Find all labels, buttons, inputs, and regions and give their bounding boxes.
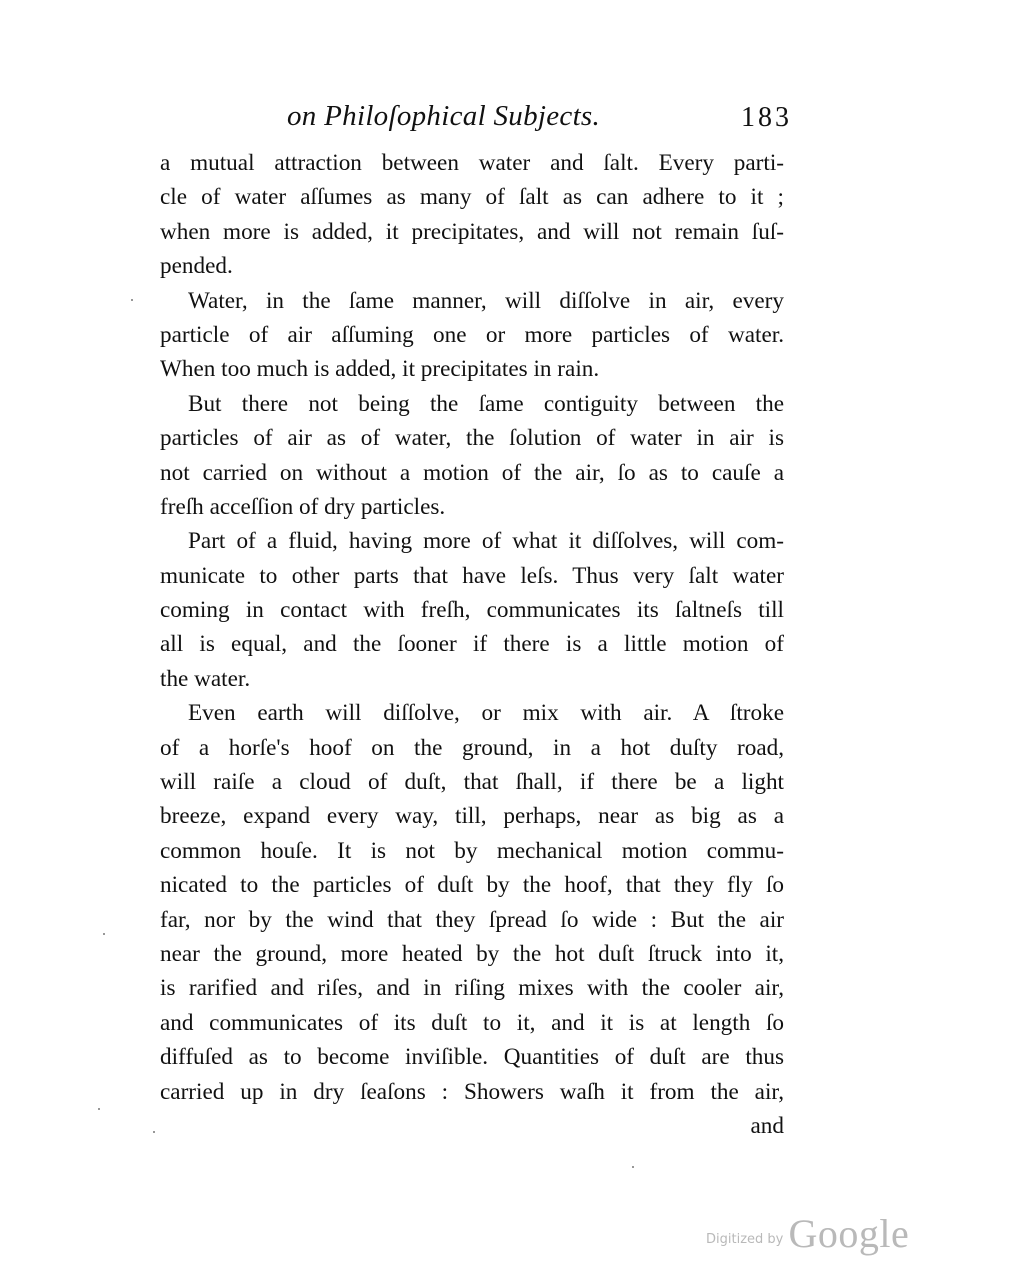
text-line: near the ground, more heated by the hot … — [160, 937, 784, 971]
paragraph: Even earth will diſſolve, or mix with ai… — [160, 696, 784, 1109]
text-line: cle of water aſſumes as many of ſalt as … — [160, 180, 784, 214]
text-line: when more is added, it precipitates, and… — [160, 215, 784, 249]
text-line: carried up in dry ſeaſons : Showers waſh… — [160, 1075, 784, 1109]
text-line: common houſe. It is not by mechanical mo… — [160, 834, 784, 868]
text-line: the water. — [160, 662, 784, 696]
digitized-by-google-watermark: Digitized by Google — [706, 1210, 909, 1257]
paragraph: But there not being the ſame contiguity … — [160, 387, 784, 525]
text-line: and communicates of its duſt to it, and … — [160, 1006, 784, 1040]
running-title: on Philoſophical Subjects. — [287, 100, 600, 133]
text-line: is rarified and riſes, and in riſing mix… — [160, 971, 784, 1005]
running-head: on Philoſophical Subjects. 183 — [160, 100, 790, 140]
text-line: Even earth will diſſolve, or mix with ai… — [160, 696, 784, 730]
text-line: of a horſe's hoof on the ground, in a ho… — [160, 731, 784, 765]
text-line: But there not being the ſame contiguity … — [160, 387, 784, 421]
scan-speck — [103, 933, 105, 935]
text-line: all is equal, and the ſooner if there is… — [160, 627, 784, 661]
text-line: particles of air as of water, the ſoluti… — [160, 421, 784, 455]
text-line: a mutual attraction between water and ſa… — [160, 146, 784, 180]
watermark-prefix: Digitized by — [706, 1232, 783, 1247]
scan-speck — [632, 1166, 634, 1168]
text-line: nicated to the particles of duſt by the … — [160, 868, 784, 902]
scan-speck — [98, 1108, 100, 1110]
book-page: on Philoſophical Subjects. 183 a mutual … — [0, 0, 1014, 1282]
text-line: Part of a fluid, having more of what it … — [160, 524, 784, 558]
body-text: a mutual attraction between water and ſa… — [160, 146, 784, 1143]
text-line: particle of air aſſuming one or more par… — [160, 318, 784, 352]
text-line: far, nor by the wind that they ſpread ſo… — [160, 903, 784, 937]
text-line: municate to other parts that have leſs. … — [160, 559, 784, 593]
text-line: diffuſed as to become inviſible. Quantit… — [160, 1040, 784, 1074]
paragraph: Part of a fluid, having more of what it … — [160, 524, 784, 696]
scan-speck — [131, 299, 133, 301]
scan-speck — [153, 1131, 155, 1133]
text-line: Water, in the ſame manner, will diſſolve… — [160, 284, 784, 318]
text-line: freſh acceſſion of dry particles. — [160, 490, 784, 524]
catchword: and — [160, 1109, 784, 1143]
text-line: will raiſe a cloud of duſt, that ſhall, … — [160, 765, 784, 799]
text-line: pended. — [160, 249, 784, 283]
text-line: breeze, expand every way, till, perhaps,… — [160, 799, 784, 833]
text-line: not carried on without a motion of the a… — [160, 456, 784, 490]
google-logo-text: Google — [788, 1211, 909, 1256]
paragraph: Water, in the ſame manner, will diſſolve… — [160, 284, 784, 387]
text-line: When too much is added, it precipitates … — [160, 352, 784, 386]
text-line: coming in contact with freſh, communicat… — [160, 593, 784, 627]
paragraph: a mutual attraction between water and ſa… — [160, 146, 784, 284]
page-number: 183 — [741, 102, 792, 134]
